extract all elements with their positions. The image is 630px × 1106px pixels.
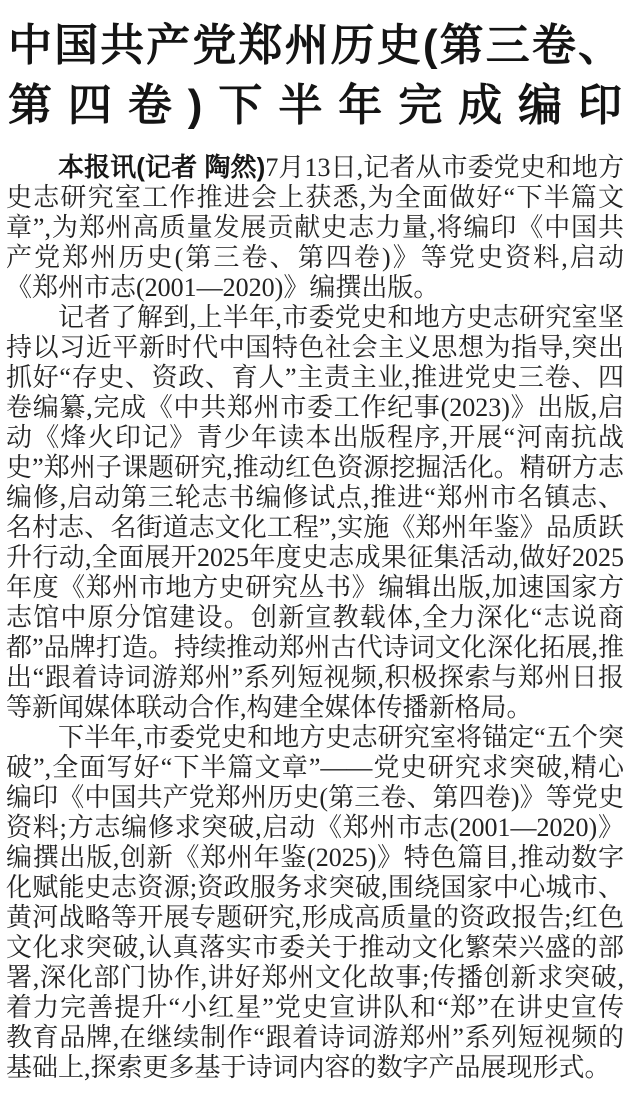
headline-line-1: 中国共产党郑州历史(第三卷、 — [8, 16, 622, 76]
paragraph-2: 记者了解到,上半年,市委党史和地方史志研究室坚持以习近平新时代中国特色社会主义思… — [6, 303, 624, 723]
headline-line-2: 第四卷)下半年完成编印 — [8, 76, 622, 136]
article-headline: 中国共产党郑州历史(第三卷、 第四卷)下半年完成编印 — [8, 16, 622, 136]
article-body: 本报讯(记者 陶然)7月13日,记者从市委党史和地方史志研究室工作推进会上获悉,… — [6, 152, 624, 1083]
paragraph-1: 本报讯(记者 陶然)7月13日,记者从市委党史和地方史志研究室工作推进会上获悉,… — [6, 152, 624, 303]
paragraph-3: 下半年,市委党史和地方史志研究室将锚定“五个突破”,全面写好“下半篇文章”——党… — [6, 723, 624, 1083]
newspaper-article: 中国共产党郑州历史(第三卷、 第四卷)下半年完成编印 本报讯(记者 陶然)7月1… — [0, 0, 630, 1106]
byline-lead: 本报讯(记者 陶然) — [58, 152, 265, 182]
